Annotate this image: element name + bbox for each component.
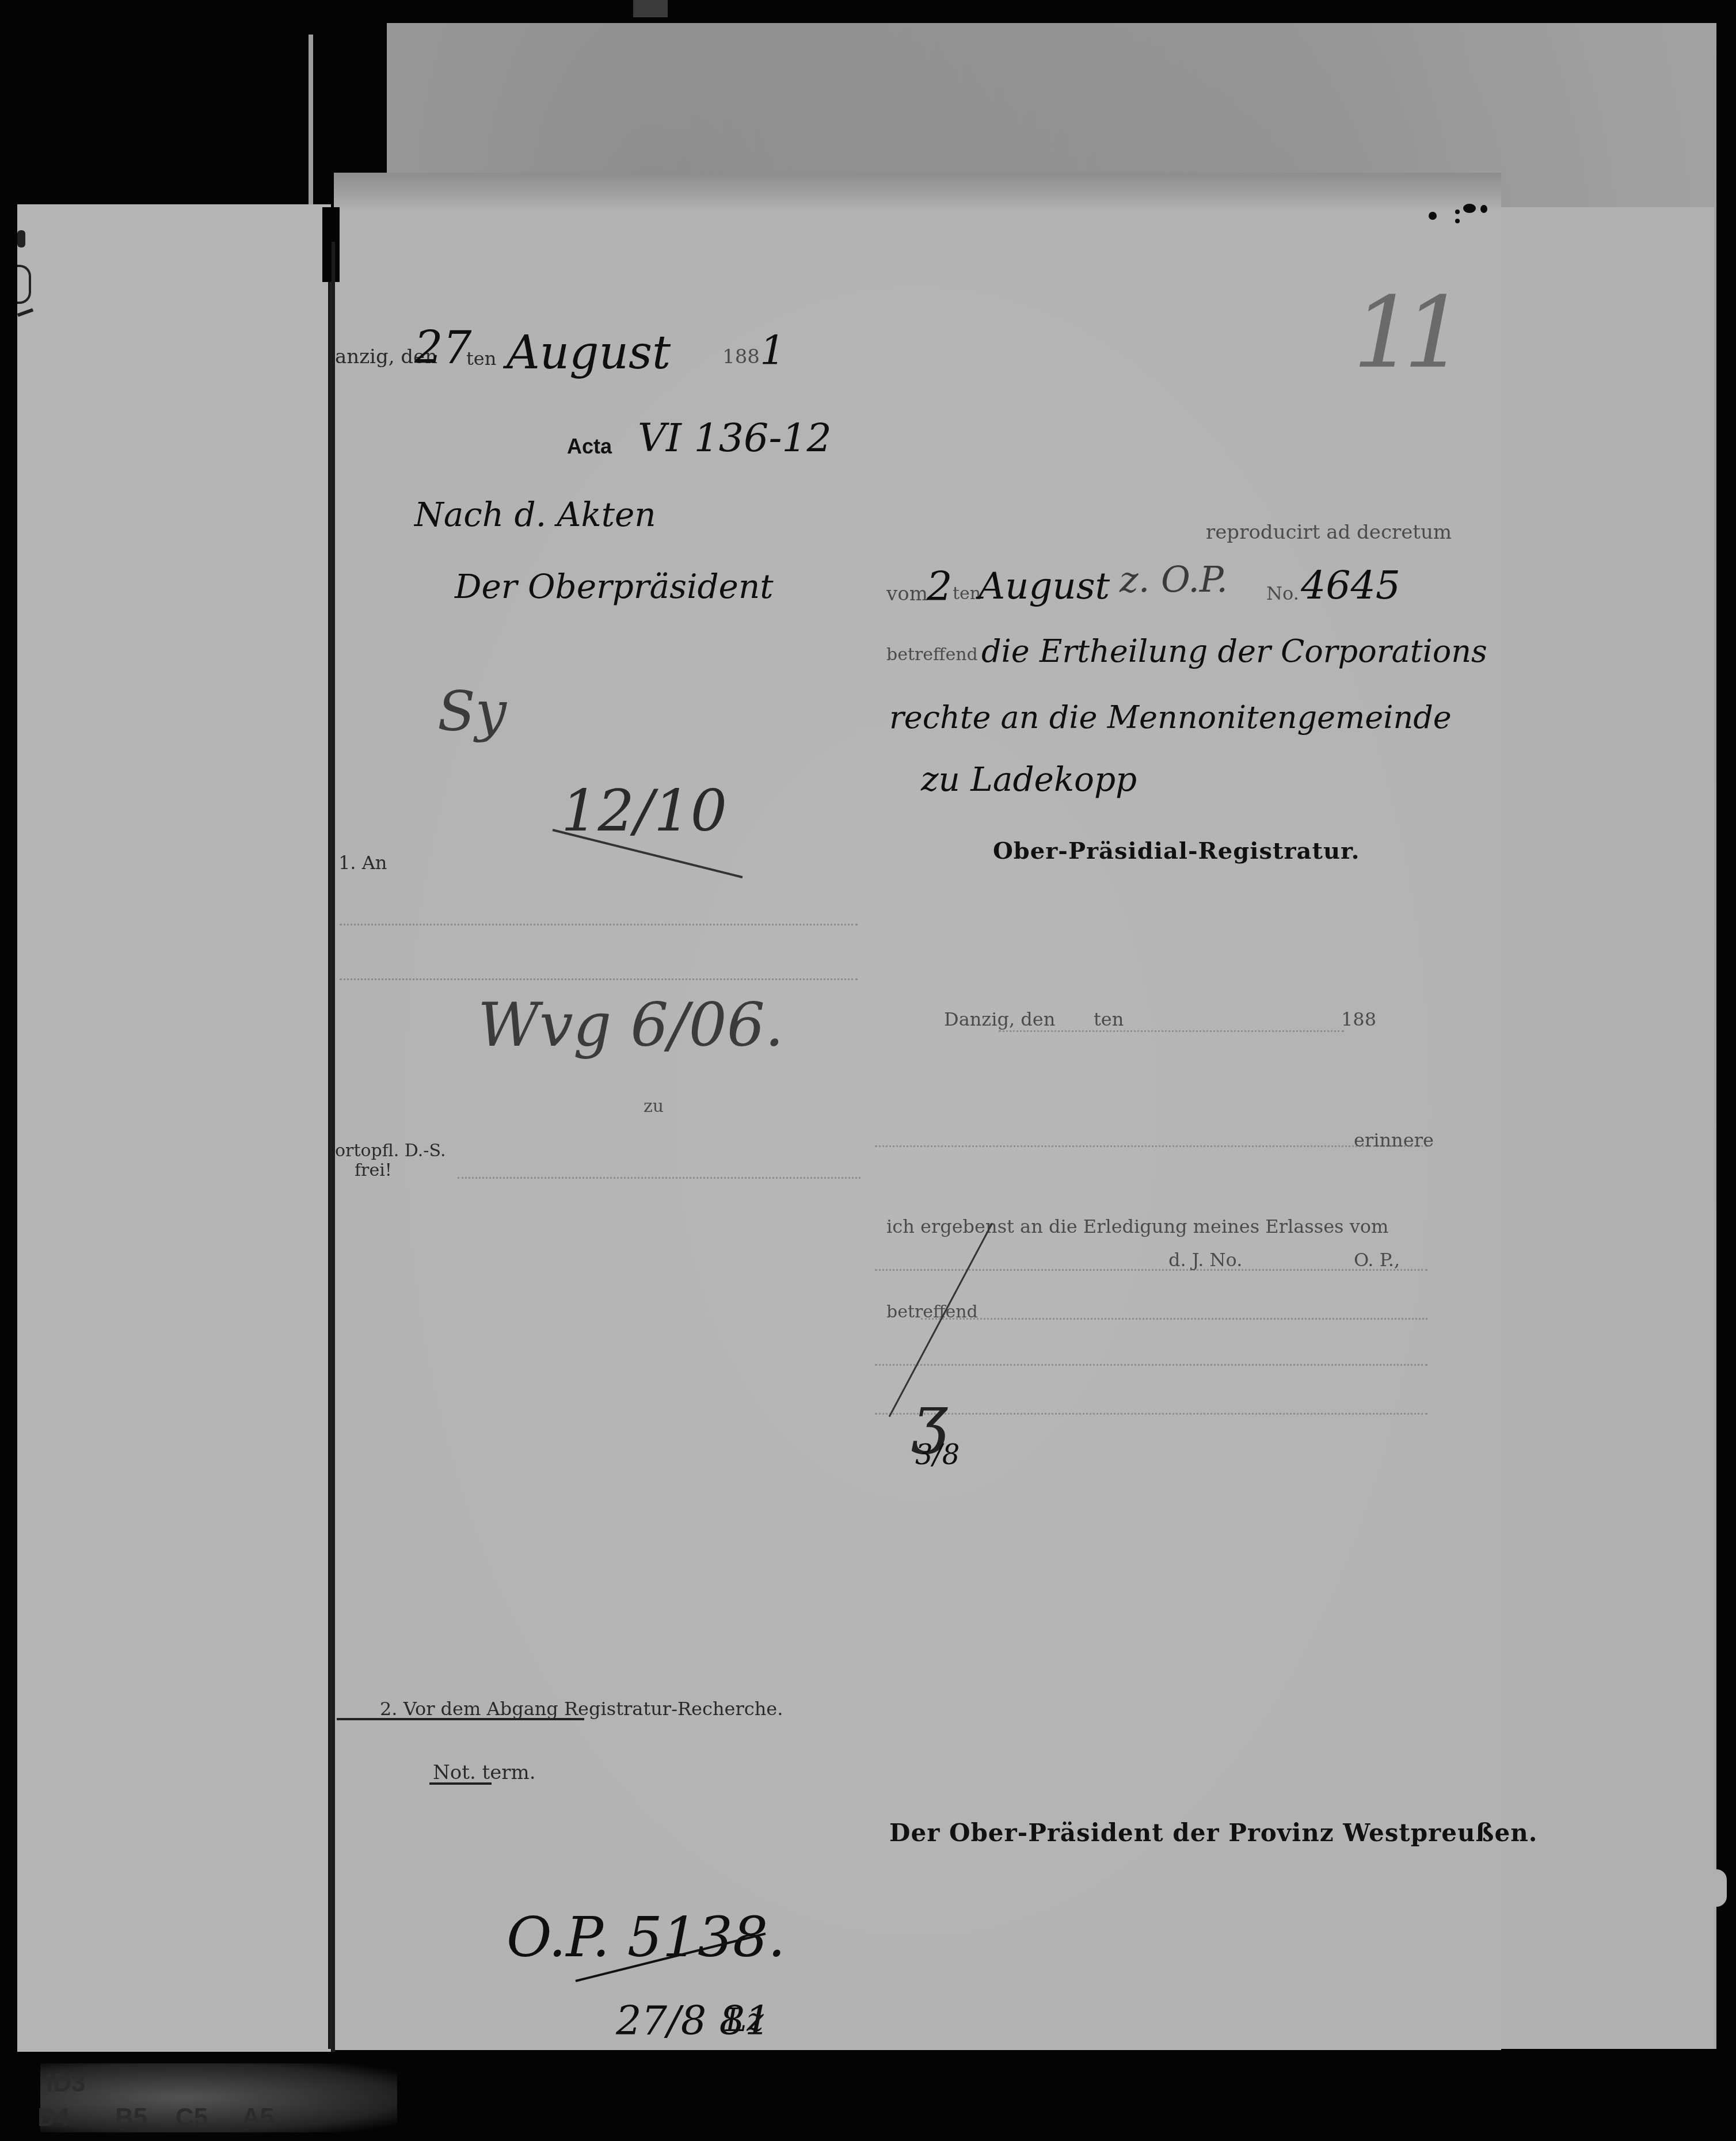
printed-year: 188 xyxy=(722,345,760,368)
back-sheet-right-edge xyxy=(1501,207,1714,2049)
date-line xyxy=(999,1030,1344,1032)
not-term-underline xyxy=(429,1782,492,1785)
address-line xyxy=(458,1177,861,1179)
binding-notch xyxy=(322,207,340,282)
pencil-note: Wvg 6/06. xyxy=(478,990,784,1060)
handwritten-year-digit: 1 xyxy=(760,327,786,374)
handwritten-day: 27 xyxy=(414,322,471,374)
registratur-heading: Ober-Präsidial-Registratur. xyxy=(993,837,1360,864)
body-line: ich ergebenst an die Erledigung meines E… xyxy=(886,1216,1388,1237)
postage-line-1: ortopfl. D.-S. xyxy=(335,1141,446,1161)
back-sheet-corner-tab xyxy=(1692,1869,1727,1907)
vom-month: August xyxy=(979,565,1110,608)
danzig-label: Danzig, den xyxy=(944,1008,1055,1030)
signature-block: Der Ober-Präsident der Provinz Westpreuß… xyxy=(889,1819,1537,1847)
subject-line-blank xyxy=(921,1318,1427,1320)
op-handwritten: z. O.P. xyxy=(1120,558,1228,600)
ink-spot xyxy=(1455,219,1460,223)
footer-initials: Lz xyxy=(725,2002,764,2039)
archive-strip-d4: D4 xyxy=(37,2104,70,2132)
archive-strip-row1: ID3 xyxy=(46,2069,85,2098)
address-line xyxy=(340,924,858,925)
subject-line-blank xyxy=(875,1364,1427,1366)
no-value: 4645 xyxy=(1301,563,1400,608)
margin-fragment xyxy=(17,265,31,304)
back-spine-strip xyxy=(309,35,313,213)
subject-line-2: rechte an die Mennonitengemeinde xyxy=(889,699,1452,736)
dj-no-label: d. J. No. xyxy=(1168,1249,1242,1271)
handwritten-month: August xyxy=(507,326,671,379)
reproducirt-label: reproducirt ad decretum xyxy=(1206,521,1452,544)
vom-day-suffix: ten xyxy=(953,584,981,604)
archive-strip-c5: C5 xyxy=(176,2104,208,2132)
ink-spot xyxy=(1463,204,1476,213)
subject-line-3: zu Ladekopp xyxy=(921,760,1137,799)
erinnere-label: erinnere xyxy=(1354,1129,1434,1151)
day-suffix: ten xyxy=(466,348,496,369)
recipient-line xyxy=(875,1145,1427,1147)
handwritten-note-2: Der Oberpräsident xyxy=(455,567,774,606)
margin-fragment xyxy=(17,230,25,247)
acta-number: VI 136-12 xyxy=(638,416,832,461)
folio-number: 11 xyxy=(1353,276,1454,390)
acta-label: Acta xyxy=(567,435,612,459)
year-label: 188 xyxy=(1341,1008,1376,1030)
ink-spot xyxy=(1480,205,1487,213)
pencil-date: 12/10 xyxy=(561,777,727,844)
subject-line-1: die Ertheilung der Corporations xyxy=(981,633,1487,669)
vom-day: 2 xyxy=(927,563,953,610)
archive-strip-patch xyxy=(40,2063,397,2132)
op-label: O. P., xyxy=(1354,1249,1400,1271)
no-label: No. xyxy=(1266,582,1299,604)
pencil-initials: Sy xyxy=(437,679,507,744)
postage-line-2: frei! xyxy=(355,1160,392,1180)
archive-strip-a5: A5 xyxy=(242,2104,274,2132)
back-sheet-top-strip xyxy=(633,0,668,17)
ink-spot xyxy=(1429,212,1437,220)
zu-label: zu xyxy=(644,1096,664,1117)
archive-strip-b5: B5 xyxy=(115,2104,147,2132)
vom-label: vom xyxy=(886,582,928,605)
item-2-label: 2. Vor dem Abgang Registratur-Recherche. xyxy=(380,1698,783,1720)
scan-border-right xyxy=(1716,0,1736,2141)
pencil-mark: 3/8 xyxy=(915,1439,960,1471)
item-1-label: 1. An xyxy=(338,852,387,874)
address-line xyxy=(340,978,858,980)
item-2-underline xyxy=(337,1718,584,1720)
betreffend-label: betreffend xyxy=(886,645,978,665)
folder-left-page xyxy=(17,204,331,2052)
subject-line-blank xyxy=(875,1413,1427,1415)
ink-spot xyxy=(1455,209,1460,214)
decree-line xyxy=(875,1269,1427,1271)
ten-label: ten xyxy=(1094,1008,1124,1030)
not-term-label: Not. term. xyxy=(433,1761,536,1784)
handwritten-note-1: Nach d. Akten xyxy=(414,495,656,534)
